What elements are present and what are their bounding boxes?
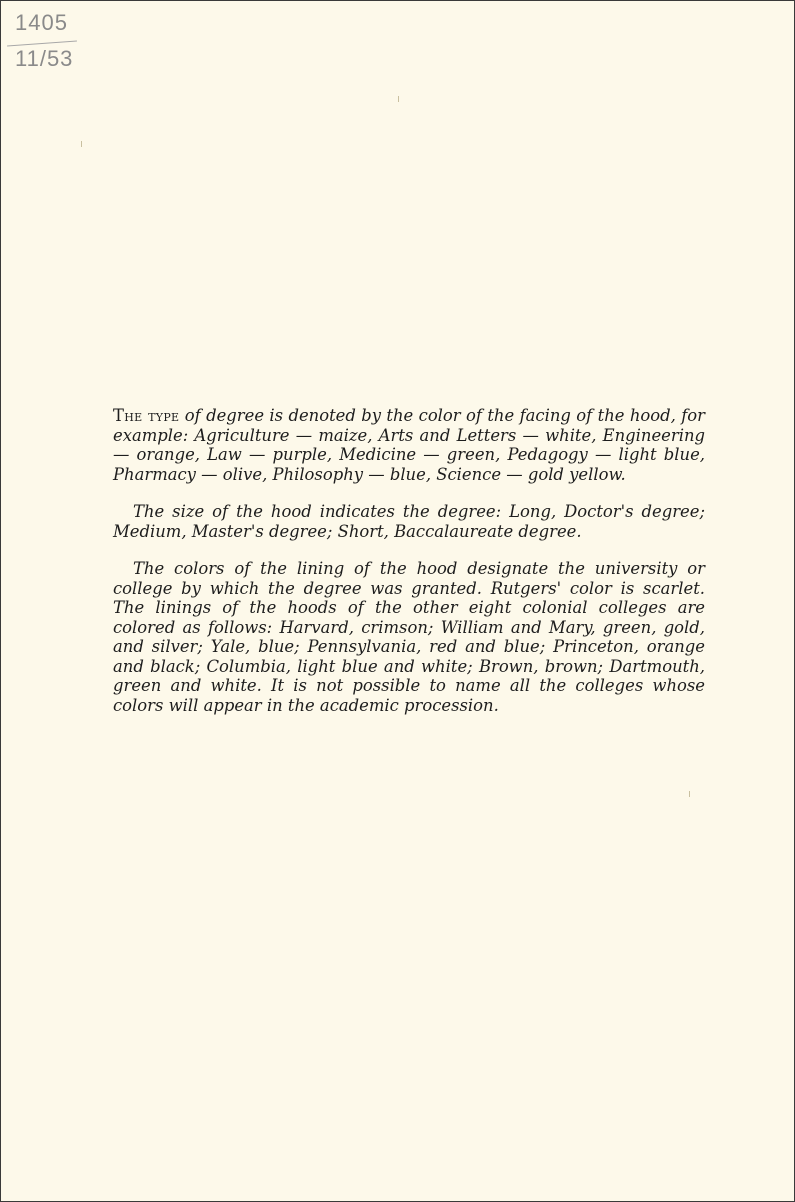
body-text: The type of degree is denoted by the col…: [113, 406, 705, 733]
paragraph-hood-size: The size of the hood indicates the degre…: [113, 502, 705, 541]
speck: [81, 141, 82, 147]
paragraph-degree-type: The type of degree is denoted by the col…: [113, 406, 705, 484]
lead-in: The type: [113, 406, 179, 425]
paragraph-text: of degree is denoted by the color of the…: [113, 406, 705, 484]
annotation-date: 11/53: [15, 47, 73, 71]
speck: [398, 96, 399, 102]
annotation-number: 1405: [15, 11, 68, 35]
document-page: 1405 11/53 The type of degree is denoted…: [0, 0, 795, 1202]
paragraph-lining-colors: The colors of the lining of the hood des…: [113, 559, 705, 715]
speck: [689, 791, 690, 797]
